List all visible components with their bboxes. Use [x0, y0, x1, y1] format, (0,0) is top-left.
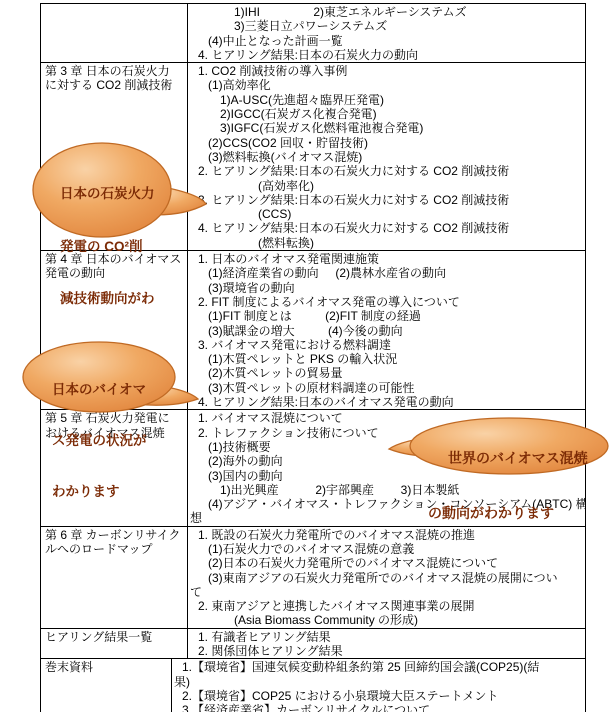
callout-line: の動向がわかります — [428, 506, 588, 520]
toc-line: (3)環境省の動向 — [188, 281, 585, 295]
table-row: ヒアリング結果一覧1. 有識者ヒアリング結果2. 関係団体ヒアリング結果 — [41, 629, 585, 660]
toc-line: 1. 有識者ヒアリング結果 — [188, 630, 585, 644]
callout-line: 減技術動向がわ — [60, 290, 155, 308]
toc-line: 1. 日本のバイオマス発電関連施策 — [188, 252, 585, 266]
toc-line: (3)東南アジアの石炭火力発電所でのバイオマス混焼の展開につい — [188, 571, 585, 585]
toc-line: 4. ヒアリング結果:日本の石炭火力に対する CO2 削減技術 — [188, 221, 585, 235]
toc-line: (Asia Biomass Community の形成) — [188, 613, 585, 627]
toc-line: (2)日本の石炭火力発電所でのバイオマス混焼について — [188, 556, 585, 570]
toc-line: (1)経済産業省の動向 (2)農林水産省の動向 — [188, 266, 585, 280]
toc-line: (4)中止となった計画一覧 — [188, 34, 585, 48]
toc-line: (2)木質ペレットの貿易量 — [188, 366, 585, 380]
callout-line: ス発電の状況が — [52, 432, 147, 449]
toc-line: て — [188, 585, 585, 599]
toc-line: 2.【環境省】COP25 における小泉環境大臣ステートメント — [172, 689, 585, 703]
toc-line: (2)CCS(CO2 回収・貯留技術) — [188, 136, 585, 150]
toc-line: (1)木質ペレットと PKS の輸入状況 — [188, 352, 585, 366]
callout-text: 世界のバイオマス混焼 の動向がわかります — [384, 423, 588, 548]
toc-line: 4. ヒアリング結果:日本のバイオマス発電の動向 — [188, 395, 585, 409]
callout-line: 日本の石炭火力 — [60, 185, 155, 203]
toc-line: 3. バイオマス発電における燃料調達 — [188, 338, 585, 352]
content-cell: 1. 有識者ヒアリング結果2. 関係団体ヒアリング結果 — [188, 629, 585, 659]
toc-line: 3)三菱日立パワーシステムズ — [188, 19, 585, 33]
toc-line: 1. CO2 削減技術の導入事例 — [188, 64, 585, 78]
toc-line: 果) — [172, 675, 585, 689]
callout-bubble-coal-co2: 日本の石炭火力 発電の CO²削 減技術動向がわ かります — [30, 140, 210, 244]
chapter-title: ヒアリング結果一覧 — [45, 630, 185, 644]
chapter-title: ルへのロードマップ — [45, 542, 185, 556]
toc-line: 3. ヒアリング結果:日本の石炭火力に対する CO2 削減技術 — [188, 193, 585, 207]
callout-text: 日本のバイオマ ス発電の状況が わかります — [52, 347, 147, 534]
callout-line: わかります — [52, 483, 147, 500]
toc-line: 3)IGFC(石炭ガス化燃料電池複合発電) — [188, 121, 585, 135]
toc-line: (CCS) — [188, 207, 585, 221]
toc-line: (3)賦課金の増大 (4)今後の動向 — [188, 324, 585, 338]
toc-line: 2. ヒアリング結果:日本の石炭火力に対する CO2 削減技術 — [188, 164, 585, 178]
toc-line: 1.【環境省】国連気候変動枠組条約第 25 回締約国会議(COP25)(結 — [172, 660, 585, 674]
toc-line: 4. ヒアリング結果:日本の石炭火力の動向 — [188, 48, 585, 62]
chapter-title: 巻末資料 — [45, 660, 169, 674]
toc-line: (燃料転換) — [188, 236, 585, 250]
content-cell: 1. CO2 削減技術の導入事例(1)高効率化1)A-USC(先進超々臨界圧発電… — [188, 63, 585, 250]
chapter-cell: 第 6 章 カーボンリサイクルへのロードマップ — [41, 527, 188, 628]
toc-line: 1)A-USC(先進超々臨界圧発電) — [188, 93, 585, 107]
toc-line: (1)高効率化 — [188, 78, 585, 92]
toc-line: (3)木質ペレットの原材料調達の可能性 — [188, 381, 585, 395]
chapter-cell: ヒアリング結果一覧 — [41, 629, 188, 659]
toc-line: 3.【経済産業省】カーボンリサイクルについて — [172, 703, 585, 712]
toc-line: 1)IHI 2)東芝エネルギーシステムズ — [188, 5, 585, 19]
content-cell: 1.【環境省】国連気候変動枠組条約第 25 回締約国会議(COP25)(結果)2… — [172, 659, 585, 712]
callout-line: 発電の CO²削 — [60, 238, 155, 256]
chapter-cell: 巻末資料 — [41, 659, 172, 712]
callout-bubble-biomass-world: 世界のバイオマス混焼 の動向がわかります — [384, 412, 610, 480]
toc-line: 2. 関係団体ヒアリング結果 — [188, 644, 585, 658]
chapter-cell — [41, 4, 188, 62]
toc-line: 2. FIT 制度によるバイオマス発電の導入について — [188, 295, 585, 309]
callout-line: 日本のバイオマ — [52, 381, 147, 398]
toc-line: (高効率化) — [188, 179, 585, 193]
callout-bubble-biomass-japan: 日本のバイオマ ス発電の状況が わかります — [16, 338, 202, 416]
toc-line: (1)FIT 制度とは (2)FIT 制度の経過 — [188, 309, 585, 323]
content-cell: 1)IHI 2)東芝エネルギーシステムズ3)三菱日立パワーシステムズ(4)中止と… — [188, 4, 585, 62]
toc-line: 2)IGCC(石炭ガス化複合発電) — [188, 107, 585, 121]
chapter-title: に対する CO2 削減技術 — [45, 78, 185, 92]
table-row: 1)IHI 2)東芝エネルギーシステムズ3)三菱日立パワーシステムズ(4)中止と… — [41, 4, 585, 63]
content-cell: 1. 日本のバイオマス発電関連施策(1)経済産業省の動向 (2)農林水産省の動向… — [188, 251, 585, 409]
table-row: 巻末資料1.【環境省】国連気候変動枠組条約第 25 回締約国会議(COP25)(… — [41, 659, 585, 712]
chapter-title: 第 3 章 日本の石炭火力 — [45, 64, 185, 78]
callout-line: 世界のバイオマス混焼 — [448, 451, 588, 465]
toc-line: (3)燃料転換(バイオマス混焼) — [188, 150, 585, 164]
toc-line: 2. 東南アジアと連携したバイオマス関連事業の展開 — [188, 599, 585, 613]
